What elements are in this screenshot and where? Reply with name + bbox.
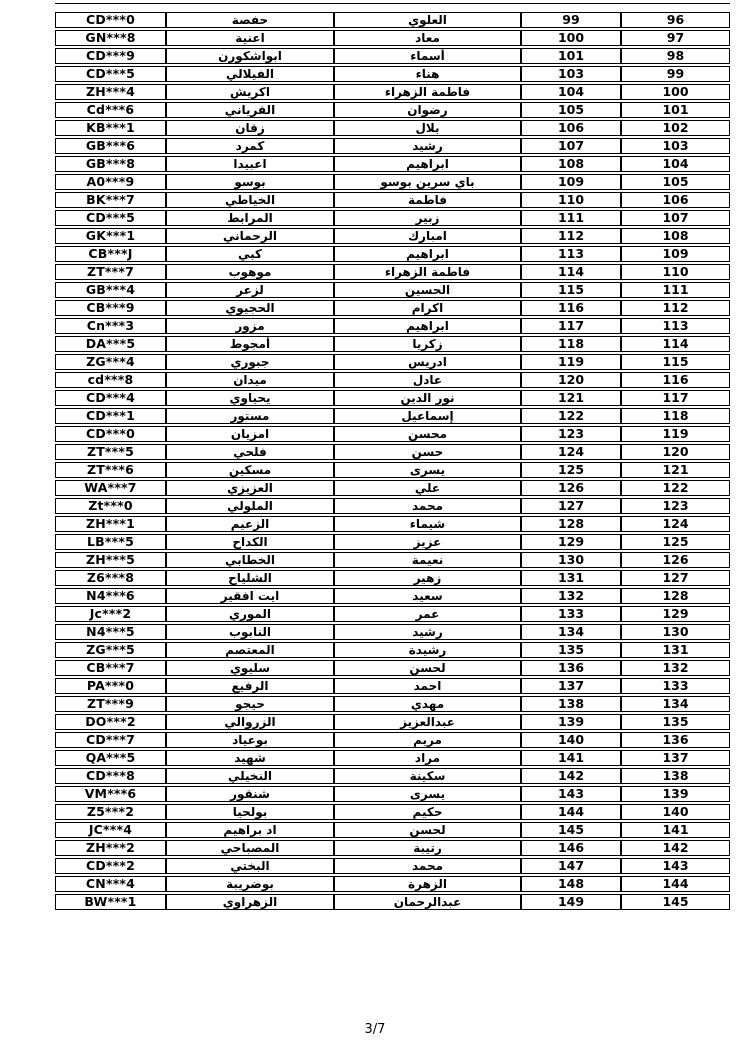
cell-first-name: زبير bbox=[334, 210, 521, 226]
cell-number-b: 145 bbox=[621, 894, 730, 910]
table-row: ZG***5المعتصمرشيدة135131 bbox=[55, 642, 730, 658]
table-row: Z5***2بولحياحكيم144140 bbox=[55, 804, 730, 820]
cell-family-name: المعتصم bbox=[166, 642, 334, 658]
cell-family-name: اعبيدا bbox=[166, 156, 334, 172]
cell-family-name: موهوب bbox=[166, 264, 334, 280]
cell-family-name: الشلياح bbox=[166, 570, 334, 586]
cell-first-name: سكينة bbox=[334, 768, 521, 784]
cell-code: CD***0 bbox=[55, 12, 166, 28]
table-row: VM***6شنقوريسرى143139 bbox=[55, 786, 730, 802]
cell-code: Cd***6 bbox=[55, 102, 166, 118]
cell-family-name: اد براهيم bbox=[166, 822, 334, 838]
cell-first-name: حكيم bbox=[334, 804, 521, 820]
cell-first-name: عزيز bbox=[334, 534, 521, 550]
cell-code: ZT***9 bbox=[55, 696, 166, 712]
cell-code: CD***7 bbox=[55, 732, 166, 748]
cell-number-a: 130 bbox=[521, 552, 621, 568]
results-table: CD***0حفصةالعلوي9996GN***8اعنيةمعاد10097… bbox=[55, 10, 730, 912]
cell-family-name: كبي bbox=[166, 246, 334, 262]
table-row: ZH***2المصباحيرتيبة146142 bbox=[55, 840, 730, 856]
table-row: N4***6ايت افقيرسعيد132128 bbox=[55, 588, 730, 604]
cell-first-name: باي سرين بوسو bbox=[334, 174, 521, 190]
cell-number-b: 116 bbox=[621, 372, 730, 388]
table-row: CB***9الحجيوياكرام116112 bbox=[55, 300, 730, 316]
cell-code: ZG***4 bbox=[55, 354, 166, 370]
cell-number-b: 103 bbox=[621, 138, 730, 154]
cell-code: CB***9 bbox=[55, 300, 166, 316]
cell-code: WA***7 bbox=[55, 480, 166, 496]
cell-first-name: فاطمة الزهراء bbox=[334, 264, 521, 280]
cell-family-name: اكريش bbox=[166, 84, 334, 100]
cell-first-name: إسماعيل bbox=[334, 408, 521, 424]
cell-family-name: الحجيوي bbox=[166, 300, 334, 316]
cell-number-b: 101 bbox=[621, 102, 730, 118]
cell-code: CD***8 bbox=[55, 768, 166, 784]
cell-family-name: الزعيم bbox=[166, 516, 334, 532]
cell-first-name: يسرى bbox=[334, 786, 521, 802]
cell-number-a: 121 bbox=[521, 390, 621, 406]
cell-code: Jc***2 bbox=[55, 606, 166, 622]
cell-number-a: 147 bbox=[521, 858, 621, 874]
table-row: KB***1زقانبلال106102 bbox=[55, 120, 730, 136]
cell-first-name: معاد bbox=[334, 30, 521, 46]
table-row: ZT***6مسكينيسرى125121 bbox=[55, 462, 730, 478]
cell-family-name: الخطابي bbox=[166, 552, 334, 568]
cell-number-b: 115 bbox=[621, 354, 730, 370]
cell-first-name: بلال bbox=[334, 120, 521, 136]
table-row: CD***0امزيانمحسن123119 bbox=[55, 426, 730, 442]
cell-family-name: أمجوط bbox=[166, 336, 334, 352]
cell-first-name: مراد bbox=[334, 750, 521, 766]
cell-first-name: احمد bbox=[334, 678, 521, 694]
cell-first-name: حسن bbox=[334, 444, 521, 460]
cell-first-name: رشيدة bbox=[334, 642, 521, 658]
cell-number-b: 118 bbox=[621, 408, 730, 424]
cell-number-a: 136 bbox=[521, 660, 621, 676]
cell-first-name: ابراهيم bbox=[334, 246, 521, 262]
cell-code: GK***1 bbox=[55, 228, 166, 244]
cell-number-a: 114 bbox=[521, 264, 621, 280]
cell-number-a: 149 bbox=[521, 894, 621, 910]
cell-number-a: 125 bbox=[521, 462, 621, 478]
cell-number-b: 98 bbox=[621, 48, 730, 64]
cell-code: N4***5 bbox=[55, 624, 166, 640]
cell-number-a: 113 bbox=[521, 246, 621, 262]
cell-first-name: الزهرة bbox=[334, 876, 521, 892]
cell-number-b: 104 bbox=[621, 156, 730, 172]
cell-number-b: 106 bbox=[621, 192, 730, 208]
table-row: GN***8اعنيةمعاد10097 bbox=[55, 30, 730, 46]
cell-number-b: 144 bbox=[621, 876, 730, 892]
cell-first-name: ابراهيم bbox=[334, 318, 521, 334]
table-row: Cd***6القريانيرضوان105101 bbox=[55, 102, 730, 118]
cell-first-name: مريم bbox=[334, 732, 521, 748]
cell-number-a: 100 bbox=[521, 30, 621, 46]
cell-number-a: 111 bbox=[521, 210, 621, 226]
cell-number-b: 122 bbox=[621, 480, 730, 496]
cell-family-name: الخياطي bbox=[166, 192, 334, 208]
cell-number-a: 110 bbox=[521, 192, 621, 208]
cell-number-b: 135 bbox=[621, 714, 730, 730]
cell-code: CD***2 bbox=[55, 858, 166, 874]
cell-number-a: 143 bbox=[521, 786, 621, 802]
cell-number-a: 137 bbox=[521, 678, 621, 694]
table-row: CD***8النخيليسكينة142138 bbox=[55, 768, 730, 784]
cell-family-name: المرابط bbox=[166, 210, 334, 226]
cell-family-name: القرياني bbox=[166, 102, 334, 118]
cell-number-b: 132 bbox=[621, 660, 730, 676]
cell-number-b: 140 bbox=[621, 804, 730, 820]
table-row: CB***7سليويلحسن136132 bbox=[55, 660, 730, 676]
table-row: BK***7الخياطيفاطمة110106 bbox=[55, 192, 730, 208]
cell-number-b: 111 bbox=[621, 282, 730, 298]
cell-number-b: 130 bbox=[621, 624, 730, 640]
cell-number-b: 136 bbox=[621, 732, 730, 748]
cell-first-name: محمد bbox=[334, 858, 521, 874]
cell-first-name: محسن bbox=[334, 426, 521, 442]
cell-family-name: شنقور bbox=[166, 786, 334, 802]
table-row: A0***9بوسوباي سرين بوسو109105 bbox=[55, 174, 730, 190]
cell-number-a: 122 bbox=[521, 408, 621, 424]
cell-number-b: 143 bbox=[621, 858, 730, 874]
cell-code: GB***6 bbox=[55, 138, 166, 154]
cell-family-name: امزيان bbox=[166, 426, 334, 442]
cell-first-name: ادريس bbox=[334, 354, 521, 370]
cell-first-name: محمد bbox=[334, 498, 521, 514]
cell-family-name: كمرد bbox=[166, 138, 334, 154]
cell-family-name: حيجو bbox=[166, 696, 334, 712]
cell-code: LB***5 bbox=[55, 534, 166, 550]
cell-code: DA***5 bbox=[55, 336, 166, 352]
cell-first-name: ابراهيم bbox=[334, 156, 521, 172]
cell-first-name: سعيد bbox=[334, 588, 521, 604]
cell-family-name: مسكين bbox=[166, 462, 334, 478]
cell-number-b: 128 bbox=[621, 588, 730, 604]
cell-code: CD***9 bbox=[55, 48, 166, 64]
cell-code: BK***7 bbox=[55, 192, 166, 208]
cell-number-a: 104 bbox=[521, 84, 621, 100]
cell-code: JC***4 bbox=[55, 822, 166, 838]
cell-family-name: الزروالي bbox=[166, 714, 334, 730]
cell-code: GB***8 bbox=[55, 156, 166, 172]
cell-number-b: 131 bbox=[621, 642, 730, 658]
cell-number-a: 115 bbox=[521, 282, 621, 298]
cell-family-name: الرفيع bbox=[166, 678, 334, 694]
cell-first-name: نور الدين bbox=[334, 390, 521, 406]
cell-first-name: رتيبة bbox=[334, 840, 521, 856]
cell-number-a: 129 bbox=[521, 534, 621, 550]
cell-number-a: 103 bbox=[521, 66, 621, 82]
cell-code: Zt***0 bbox=[55, 498, 166, 514]
cell-number-b: 119 bbox=[621, 426, 730, 442]
cell-number-a: 99 bbox=[521, 12, 621, 28]
table-row: GK***1الرحمانيامبارك112108 bbox=[55, 228, 730, 244]
cell-number-a: 138 bbox=[521, 696, 621, 712]
cell-number-b: 110 bbox=[621, 264, 730, 280]
table-row: CD***7بوعيادمريم140136 bbox=[55, 732, 730, 748]
table-row: PA***0الرفيعاحمد137133 bbox=[55, 678, 730, 694]
table-row: CB***Jكبيابراهيم113109 bbox=[55, 246, 730, 262]
cell-number-b: 133 bbox=[621, 678, 730, 694]
cell-number-b: 138 bbox=[621, 768, 730, 784]
cell-number-b: 109 bbox=[621, 246, 730, 262]
cell-family-name: ميدان bbox=[166, 372, 334, 388]
cell-number-b: 99 bbox=[621, 66, 730, 82]
cell-family-name: النخيلي bbox=[166, 768, 334, 784]
cell-first-name: عمر bbox=[334, 606, 521, 622]
cell-code: N4***6 bbox=[55, 588, 166, 604]
cell-number-b: 134 bbox=[621, 696, 730, 712]
table-row: ZH***4اكريشفاطمة الزهراء104100 bbox=[55, 84, 730, 100]
cell-number-a: 108 bbox=[521, 156, 621, 172]
cell-code: ZH***5 bbox=[55, 552, 166, 568]
cell-number-b: 123 bbox=[621, 498, 730, 514]
cell-number-b: 100 bbox=[621, 84, 730, 100]
cell-number-a: 120 bbox=[521, 372, 621, 388]
cell-family-name: فلحي bbox=[166, 444, 334, 460]
table-row: CD***5المرابطزبير111107 bbox=[55, 210, 730, 226]
cell-first-name: الحسين bbox=[334, 282, 521, 298]
cell-number-b: 125 bbox=[621, 534, 730, 550]
cell-number-b: 102 bbox=[621, 120, 730, 136]
cell-code: GN***8 bbox=[55, 30, 166, 46]
table-row: CN***4بوضريبةالزهرة148144 bbox=[55, 876, 730, 892]
cell-number-a: 109 bbox=[521, 174, 621, 190]
cell-number-b: 107 bbox=[621, 210, 730, 226]
cell-first-name: علي bbox=[334, 480, 521, 496]
cell-number-a: 123 bbox=[521, 426, 621, 442]
cell-code: CD***5 bbox=[55, 210, 166, 226]
cell-number-a: 128 bbox=[521, 516, 621, 532]
cell-number-a: 126 bbox=[521, 480, 621, 496]
cell-code: KB***1 bbox=[55, 120, 166, 136]
cell-family-name: اعنية bbox=[166, 30, 334, 46]
table-row: BW***1الزهراويعبدالرحمان149145 bbox=[55, 894, 730, 910]
cell-number-a: 101 bbox=[521, 48, 621, 64]
cell-first-name: نعيمة bbox=[334, 552, 521, 568]
cell-code: CD***4 bbox=[55, 390, 166, 406]
cell-first-name: لحسن bbox=[334, 660, 521, 676]
cell-first-name: رضوان bbox=[334, 102, 521, 118]
cell-number-a: 133 bbox=[521, 606, 621, 622]
cell-code: CD***1 bbox=[55, 408, 166, 424]
cell-number-b: 129 bbox=[621, 606, 730, 622]
cell-first-name: زهير bbox=[334, 570, 521, 586]
cell-family-name: مستور bbox=[166, 408, 334, 424]
cell-number-a: 117 bbox=[521, 318, 621, 334]
cell-family-name: زقان bbox=[166, 120, 334, 136]
cell-code: QA***5 bbox=[55, 750, 166, 766]
table-row: CD***4يحياوينور الدين121117 bbox=[55, 390, 730, 406]
cell-code: VM***6 bbox=[55, 786, 166, 802]
table-row: CD***0حفصةالعلوي9996 bbox=[55, 12, 730, 28]
cell-number-b: 127 bbox=[621, 570, 730, 586]
cell-family-name: الملولي bbox=[166, 498, 334, 514]
cell-code: CD***0 bbox=[55, 426, 166, 442]
cell-number-a: 107 bbox=[521, 138, 621, 154]
page-number: 3/7 bbox=[0, 1022, 750, 1037]
cell-family-name: الموري bbox=[166, 606, 334, 622]
cell-first-name: مهدي bbox=[334, 696, 521, 712]
table-row: Jc***2الموريعمر133129 bbox=[55, 606, 730, 622]
cell-family-name: بوعياد bbox=[166, 732, 334, 748]
cell-family-name: مزور bbox=[166, 318, 334, 334]
cell-code: Cn***3 bbox=[55, 318, 166, 334]
cell-code: GB***4 bbox=[55, 282, 166, 298]
cell-family-name: البختي bbox=[166, 858, 334, 874]
cell-number-a: 124 bbox=[521, 444, 621, 460]
table-row: ZT***5فلحيحسن124120 bbox=[55, 444, 730, 460]
cell-number-b: 124 bbox=[621, 516, 730, 532]
cell-number-a: 144 bbox=[521, 804, 621, 820]
cell-first-name: امبارك bbox=[334, 228, 521, 244]
cell-number-b: 114 bbox=[621, 336, 730, 352]
cell-number-a: 139 bbox=[521, 714, 621, 730]
cell-first-name: رشيد bbox=[334, 138, 521, 154]
cell-family-name: الكداح bbox=[166, 534, 334, 550]
table-row: Zt***0الملوليمحمد127123 bbox=[55, 498, 730, 514]
cell-number-a: 118 bbox=[521, 336, 621, 352]
cell-number-b: 126 bbox=[621, 552, 730, 568]
cell-code: ZT***5 bbox=[55, 444, 166, 460]
cell-code: ZH***2 bbox=[55, 840, 166, 856]
table-row: GB***4لزعرالحسين115111 bbox=[55, 282, 730, 298]
cell-number-b: 97 bbox=[621, 30, 730, 46]
cell-code: BW***1 bbox=[55, 894, 166, 910]
table-row: WA***7العزيزيعلي126122 bbox=[55, 480, 730, 496]
table-row: ZH***1الزعيمشيماء128124 bbox=[55, 516, 730, 532]
table-row: CD***2البختيمحمد147143 bbox=[55, 858, 730, 874]
cell-number-b: 96 bbox=[621, 12, 730, 28]
cell-family-name: الرحماني bbox=[166, 228, 334, 244]
cell-number-a: 141 bbox=[521, 750, 621, 766]
cell-number-a: 148 bbox=[521, 876, 621, 892]
cell-first-name: فاطمة الزهراء bbox=[334, 84, 521, 100]
cell-family-name: ابواشكورن bbox=[166, 48, 334, 64]
cell-family-name: الفيلالي bbox=[166, 66, 334, 82]
table-row: QA***5شهيدمراد141137 bbox=[55, 750, 730, 766]
cell-number-a: 135 bbox=[521, 642, 621, 658]
table-row: DA***5أمجوطزكريا118114 bbox=[55, 336, 730, 352]
cell-first-name: أسماء bbox=[334, 48, 521, 64]
cell-family-name: جبوري bbox=[166, 354, 334, 370]
cell-family-name: النابوب bbox=[166, 624, 334, 640]
document-page: CD***0حفصةالعلوي9996GN***8اعنيةمعاد10097… bbox=[0, 0, 750, 1061]
cell-code: CN***4 bbox=[55, 876, 166, 892]
cell-number-a: 112 bbox=[521, 228, 621, 244]
cell-first-name: عادل bbox=[334, 372, 521, 388]
table-row: CD***9ابواشكورنأسماء10198 bbox=[55, 48, 730, 64]
cell-number-a: 116 bbox=[521, 300, 621, 316]
cell-number-b: 137 bbox=[621, 750, 730, 766]
cell-family-name: الزهراوي bbox=[166, 894, 334, 910]
cell-number-a: 142 bbox=[521, 768, 621, 784]
cell-first-name: عبدالعزيز bbox=[334, 714, 521, 730]
table-row: ZG***4جبوريادريس119115 bbox=[55, 354, 730, 370]
cell-family-name: بوسو bbox=[166, 174, 334, 190]
results-table-body: CD***0حفصةالعلوي9996GN***8اعنيةمعاد10097… bbox=[55, 12, 730, 910]
table-top-rule bbox=[55, 3, 730, 4]
cell-family-name: العزيزي bbox=[166, 480, 334, 496]
cell-first-name: اكرام bbox=[334, 300, 521, 316]
cell-number-a: 145 bbox=[521, 822, 621, 838]
cell-code: ZT***7 bbox=[55, 264, 166, 280]
cell-number-a: 131 bbox=[521, 570, 621, 586]
cell-first-name: هناء bbox=[334, 66, 521, 82]
table-row: N4***5النابوبرشيد134130 bbox=[55, 624, 730, 640]
table-row: cd***8ميدانعادل120116 bbox=[55, 372, 730, 388]
cell-first-name: فاطمة bbox=[334, 192, 521, 208]
table-row: GB***8اعبيداابراهيم108104 bbox=[55, 156, 730, 172]
cell-family-name: شهيد bbox=[166, 750, 334, 766]
cell-first-name: عبدالرحمان bbox=[334, 894, 521, 910]
cell-number-a: 134 bbox=[521, 624, 621, 640]
cell-family-name: ايت افقير bbox=[166, 588, 334, 604]
cell-family-name: حفصة bbox=[166, 12, 334, 28]
cell-family-name: المصباحي bbox=[166, 840, 334, 856]
cell-code: DO***2 bbox=[55, 714, 166, 730]
cell-number-a: 127 bbox=[521, 498, 621, 514]
cell-code: PA***0 bbox=[55, 678, 166, 694]
table-row: ZT***7موهوبفاطمة الزهراء114110 bbox=[55, 264, 730, 280]
cell-number-b: 121 bbox=[621, 462, 730, 478]
cell-first-name: رشيد bbox=[334, 624, 521, 640]
table-row: Z6***8الشلياحزهير131127 bbox=[55, 570, 730, 586]
cell-first-name: العلوي bbox=[334, 12, 521, 28]
cell-first-name: شيماء bbox=[334, 516, 521, 532]
table-row: GB***6كمردرشيد107103 bbox=[55, 138, 730, 154]
cell-number-b: 105 bbox=[621, 174, 730, 190]
cell-family-name: سليوي bbox=[166, 660, 334, 676]
cell-code: cd***8 bbox=[55, 372, 166, 388]
cell-number-b: 112 bbox=[621, 300, 730, 316]
cell-code: Z5***2 bbox=[55, 804, 166, 820]
cell-number-a: 105 bbox=[521, 102, 621, 118]
cell-family-name: بولحيا bbox=[166, 804, 334, 820]
cell-first-name: يسرى bbox=[334, 462, 521, 478]
table-row: ZH***5الخطابينعيمة130126 bbox=[55, 552, 730, 568]
cell-first-name: زكريا bbox=[334, 336, 521, 352]
table-row: CD***5الفيلاليهناء10399 bbox=[55, 66, 730, 82]
cell-code: Z6***8 bbox=[55, 570, 166, 586]
cell-code: ZG***5 bbox=[55, 642, 166, 658]
cell-family-name: بوضريبة bbox=[166, 876, 334, 892]
cell-first-name: لحسن bbox=[334, 822, 521, 838]
table-row: JC***4اد براهيملحسن145141 bbox=[55, 822, 730, 838]
cell-number-b: 120 bbox=[621, 444, 730, 460]
cell-code: ZH***1 bbox=[55, 516, 166, 532]
cell-family-name: لزعر bbox=[166, 282, 334, 298]
cell-number-a: 132 bbox=[521, 588, 621, 604]
table-row: Cn***3مزورابراهيم117113 bbox=[55, 318, 730, 334]
table-row: ZT***9حيجومهدي138134 bbox=[55, 696, 730, 712]
cell-code: ZH***4 bbox=[55, 84, 166, 100]
cell-code: CD***5 bbox=[55, 66, 166, 82]
cell-number-a: 106 bbox=[521, 120, 621, 136]
table-row: DO***2الزرواليعبدالعزيز139135 bbox=[55, 714, 730, 730]
cell-number-a: 140 bbox=[521, 732, 621, 748]
cell-number-b: 141 bbox=[621, 822, 730, 838]
table-row: LB***5الكداحعزيز129125 bbox=[55, 534, 730, 550]
cell-code: A0***9 bbox=[55, 174, 166, 190]
cell-number-b: 117 bbox=[621, 390, 730, 406]
cell-code: CB***J bbox=[55, 246, 166, 262]
cell-number-b: 139 bbox=[621, 786, 730, 802]
cell-number-b: 113 bbox=[621, 318, 730, 334]
cell-number-b: 108 bbox=[621, 228, 730, 244]
cell-number-a: 119 bbox=[521, 354, 621, 370]
cell-family-name: يحياوي bbox=[166, 390, 334, 406]
